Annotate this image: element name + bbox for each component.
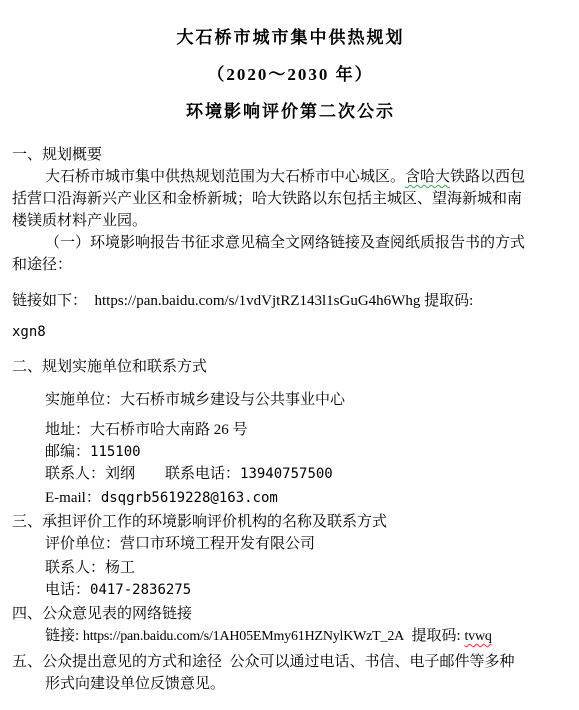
paragraph1-text-cont: 铁路以西包 [450,169,525,185]
document-title-line-3: 环境影响评价第二次公示 [12,102,569,122]
email-label: E-mail： [45,490,101,506]
section1-paragraph1-line2: 括营口沿海新兴产业区和金桥新城；哈大铁路以东包括主城区、望海新城和南 [12,188,569,210]
section4-link-line: 链接: https://pan.baidu.com/s/1AH05EMmy61H… [12,625,569,648]
section1-extraction-code: xgn8 [12,321,569,343]
section1-paragraph2-line2: 和途径： [12,254,569,276]
section1-paragraph1-line3: 楼镁质材料产业园。 [12,210,569,232]
section2-implementing-unit: 实施单位：大石桥市城乡建设与公共事业中心 [12,389,569,411]
contact-phone-value: 13940757500 [240,466,333,482]
section4-heading: 四、公众意见表的网络链接 [12,603,569,625]
document-title-line-2: （2020～2030 年） [12,65,569,85]
section2-email: E-mail：dsqgrb5619228@163.com [12,487,569,509]
section1-paragraph2-line1: （一）环境影响报告书征求意见稿全文网络链接及查阅纸质报告书的方式 [12,232,569,254]
section5-heading: 五、公众提出意见的方式和途径 公众可以通过电话、书信、电子邮件等多种 [12,651,569,673]
report-download-url: https://pan.baidu.com/s/1vdVjtRZ143l1sGu… [95,293,421,309]
section3-contact: 联系人：杨工 [12,557,569,579]
section1-link-line: 链接如下： https://pan.baidu.com/s/1vdVjtRZ14… [12,290,569,312]
feedback-form-url: https://pan.baidu.com/s/1AH05EMmy61HZNyl… [83,629,404,644]
section3-telephone: 电话：0417-2836275 [12,579,569,601]
section2-zipcode: 邮编：115100 [12,441,569,463]
section3-evaluation-unit: 评价单位：营口市环境工程开发有限公司 [12,533,569,555]
section1-paragraph1-line1: 大石桥市城市集中供热规划范围为大石桥市中心城区。含哈大铁路以西包 [12,166,569,188]
extraction-code-label: 提取码: [420,293,473,309]
document-title-line-1: 大石桥市城市集中供热规划 [12,28,569,48]
section2-address: 地址：大石桥市哈大南路 26 号 [12,419,569,441]
section3-heading: 三、承担评价工作的环境影响评价机构的名称及联系方式 [12,511,569,533]
section1-heading: 一、规划概要 [12,144,569,166]
zipcode-value: 115100 [90,444,141,460]
telephone-value: 0417-2836275 [90,582,191,598]
telephone-label: 电话： [45,582,90,598]
public-notice-document: 大石桥市城市集中供热规划 （2020～2030 年） 环境影响评价第二次公示 一… [0,0,579,710]
zipcode-label: 邮编： [45,444,90,460]
section5-continuation: 形式向建设单位反馈意见。 [12,673,569,695]
extraction-code-value: xgn8 [12,324,46,340]
paragraph1-text: 大石桥市城市集中供热规划范围为大石桥市中心城区。 [45,169,405,185]
section2-contact: 联系人：刘纲 联系电话：13940757500 [12,463,569,485]
contact-label: 联系人：刘纲 联系电话： [45,466,240,482]
email-value: dsqgrb5619228@163.com [101,490,278,506]
spellcheck-underlined-text: 含哈大 [405,169,450,185]
link-label: 链接如下： [12,293,95,309]
section2-heading: 二、规划实施单位和联系方式 [12,356,569,378]
extraction-code-value: tvwq [464,629,491,644]
link-label: 链接: [45,628,83,644]
extraction-code-label: 提取码: [404,628,464,644]
